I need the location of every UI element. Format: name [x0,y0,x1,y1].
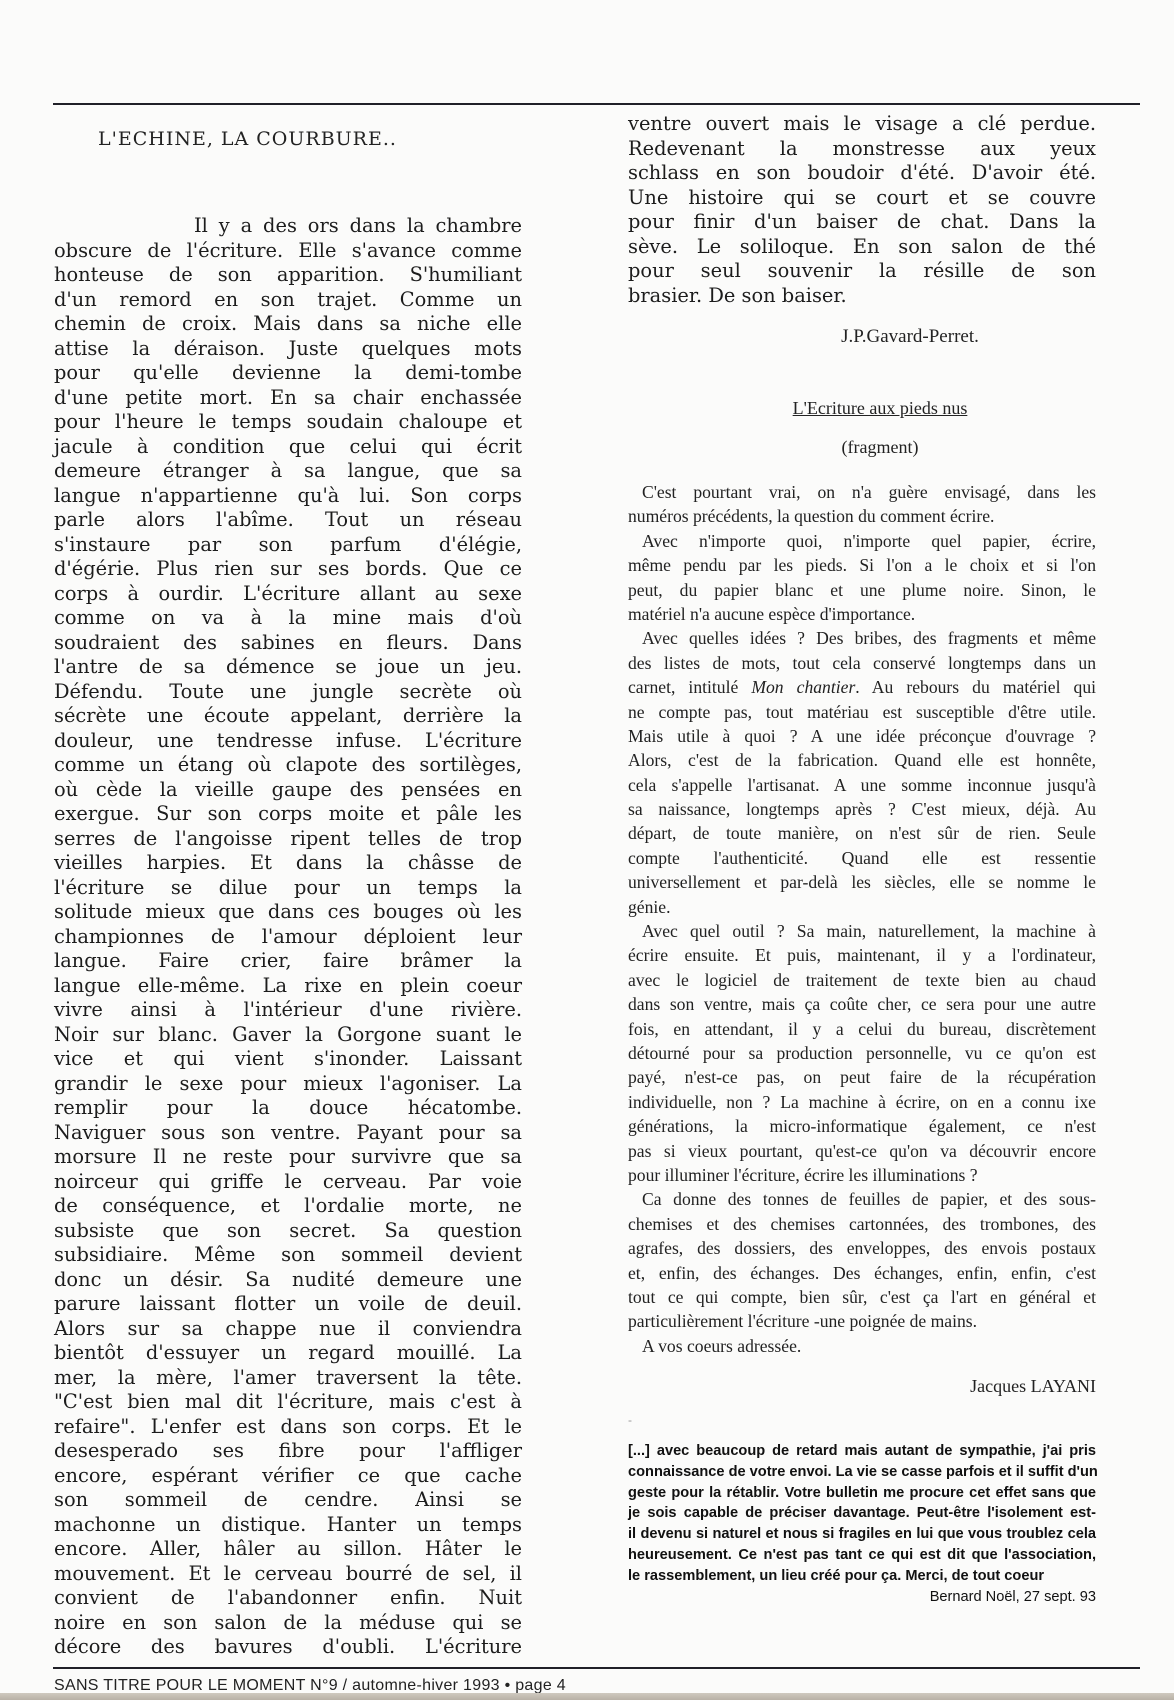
essay-line: particulièrement l'écriture -une poignée… [628,1309,1096,1333]
essay-line: ne compte pas, tout matériau est suscept… [628,700,1096,724]
poem-line: langue. Faire crier, faire brâmer la [54,949,522,974]
essay-line: individuelle, non ? La machine à écrire,… [628,1090,1096,1114]
poem-line: pour l'heure le temps soudain chaloupe e… [54,410,522,435]
poem-line: langue elle-même. La rixe en plein coeur [54,974,522,999]
essay-line: et, enfin, des échanges. Des échanges, e… [628,1261,1096,1285]
poem-line: refaire". L'enfer est dans son corps. Et… [54,1415,522,1440]
essay-line: numéros précédents, la question du comme… [628,504,1096,528]
essay-line: carnet, intitulé Mon chantier. Au rebour… [628,675,1096,699]
essay-line: dans son ventre, mais ça coûte cher, ce … [628,992,1096,1016]
poem-line: vivre ainsi à l'intérieur d'une rivière. [54,998,522,1023]
poem-line: Il y a des ors dans la chambre [54,214,522,239]
poem-line: encore, espérant vérifier ce que cache [54,1464,522,1489]
poem-line: d'égérie. Plus rien sur ses bords. Que c… [54,557,522,582]
essay-line: Mais utile à quoi ? A une idée préconçue… [628,724,1096,748]
poem-line: Redevenant la monstresse aux yeux [628,137,1096,162]
letter-line: il devenu si naturel et nous si fragiles… [628,1524,1096,1545]
separator-mark: - [628,1413,1096,1427]
letter-line: le rassemblement, un lieu créé pour ça. … [628,1566,1096,1587]
essay-signature: Jacques LAYANI [628,1376,1096,1397]
poem-line: où cède la vieille gaupe des pensées en [54,778,522,803]
poem-line: sève. Le soliloque. En son salon de thé [628,235,1096,260]
essay-line: Alors, c'est de la fabrication. Quand el… [628,748,1096,772]
essay-body: C'est pourtant vrai, on n'a guère envisa… [628,480,1096,1358]
poem-line: douleur, une tendresse infuse. L'écritur… [54,729,522,754]
poem-line: ventre ouvert mais le visage a clé perdu… [628,112,1096,137]
poem-line: honteuse de son apparition. S'humiliant [54,263,522,288]
poem-line: s'instaure par son parfum d'élégie, [54,533,522,558]
scan-edge [0,1693,1174,1700]
poem-line: demeure étranger à sa langue, que sa [54,459,522,484]
poem-line: langue n'appartienne qu'à lui. Son corps [54,484,522,509]
essay-line: fois, en attendant, il y a celui du bure… [628,1017,1096,1041]
poem-line: comme on va à la mine mais d'où [54,606,522,631]
poem-line: obscure de l'écriture. Elle s'avance com… [54,239,522,264]
poem-line: décore des bavures d'oubli. L'écriture [54,1635,522,1660]
poem-line: Alors sur sa chappe nue il conviendra [54,1317,522,1342]
letter-line: geste pour la rétablir. Votre bulletin m… [628,1483,1096,1504]
poem-line: mer, la mère, l'amer traversent la tête. [54,1366,522,1391]
essay-line: A vos coeurs adressée. [628,1334,1096,1358]
poem-line: noirceur qui griffe le cerveau. Par voie [54,1170,522,1195]
essay-line: écrire ensuite. Et puis, maintenant, il … [628,943,1096,967]
poem-line: solitude mieux que dans ces bouges où le… [54,900,522,925]
right-column: ventre ouvert mais le visage a clé perdu… [628,112,1096,1607]
poem-line: vice et qui vient s'inonder. Laissant [54,1047,522,1072]
poem-line: remplir pour la douce hécatombe. [54,1096,522,1121]
poem-line: noire en son salon de la méduse qui se [54,1611,522,1636]
poem-line: corps à ourdir. L'écriture allant au sex… [54,582,522,607]
poem-line: serres de l'angoisse ripent telles de tr… [54,827,522,852]
essay-title: L'Ecriture aux pieds nus [628,398,1096,419]
poem-line: championnes de l'amour déploient leur [54,925,522,950]
poem-line: grandir le sexe pour mieux l'agoniser. L… [54,1072,522,1097]
essay-line: pour illuminer l'écriture, écrire les il… [628,1163,1096,1187]
poem-line: pour seul souvenir la résille de son [628,259,1096,284]
poem-line: parure laissant flotter un voile de deui… [54,1292,522,1317]
poem-line: subsiste que son secret. Sa question [54,1219,522,1244]
essay-line: universellement et par-delà les siècles,… [628,870,1096,894]
poem-line: d'un remord en son trajet. Comme un [54,288,522,313]
poem-line: desesperado ses fibre pour l'affliger [54,1439,522,1464]
poem-line: attise la déraison. Juste quelques mots [54,337,522,362]
poem-line: Une histoire qui se court et se couvre [628,186,1096,211]
essay-line: avec le logiciel de traitement de texte … [628,968,1096,992]
essay-line: des listes de mots, tout cela conservé l… [628,651,1096,675]
essay-line: matériel n'a aucune espèce d'importance. [628,602,1096,626]
poem-line: pour finir d'un baiser de chat. Dans la [628,210,1096,235]
poem-line: "C'est bien mal dit l'écriture, mais c'e… [54,1390,522,1415]
left-column: L'ECHINE, LA COURBURE.. Il y a des ors d… [54,110,522,1660]
poem-line: morsure Il ne reste pour survivre que sa [54,1145,522,1170]
poem-line: son sommeil de cendre. Ainsi se [54,1488,522,1513]
poem-title: L'ECHINE, LA COURBURE.. [98,128,522,150]
essay-line: chemises et des chemises cartonnées, des… [628,1212,1096,1236]
poem-continuation: ventre ouvert mais le visage a clé perdu… [628,112,1096,308]
letter-line: je sois capable de préciser davantage. P… [628,1503,1096,1524]
poem-line: l'antre de sa démence se joue un jeu. [54,655,522,680]
poem-line: soudraient des sabines en fleurs. Dans [54,631,522,656]
essay-line: Avec quel outil ? Sa main, naturellement… [628,919,1096,943]
essay-line: peut, du papier blanc et une plume noire… [628,578,1096,602]
poem-line: convient de l'abandonner enfin. Nuit [54,1586,522,1611]
poem-line: chemin de croix. Mais dans sa niche elle [54,312,522,337]
letter-line: connaissance de votre envoi. La vie se c… [628,1462,1096,1483]
essay-line: cela s'appelle l'artisanat. A une somme … [628,773,1096,797]
poem-line: l'écriture se dilue pour un temps la [54,876,522,901]
essay-line: sa naissance, longtemps après ? C'est mi… [628,797,1096,821]
essay-line: Ca donne des tonnes de feuilles de papie… [628,1187,1096,1211]
essay-line: détourné pour sa production personnelle,… [628,1041,1096,1065]
poem-line: bientôt d'essuyer un regard mouillé. La [54,1341,522,1366]
letter-line: [...] avec beaucoup de retard mais autan… [628,1441,1096,1462]
essay-line: payé, n'est-ce pas, on peut faire de la … [628,1065,1096,1089]
poem-line: exergue. Sur son corps moite et pâle les [54,802,522,827]
essay-line: agrafes, des dossiers, des enveloppes, d… [628,1236,1096,1260]
essay-line: compte l'authenticité. Quand elle est re… [628,846,1096,870]
poem-body: Il y a des ors dans la chambreobscure de… [54,214,522,1660]
letter-excerpt: [...] avec beaucoup de retard mais autan… [628,1441,1096,1587]
top-rule [53,103,1140,105]
essay-subtitle: (fragment) [628,437,1096,458]
essay-line: Avec n'importe quoi, n'importe quel papi… [628,529,1096,553]
essay-line: tout ce qui compte, bien sûr, c'est ça l… [628,1285,1096,1309]
poem-line: brasier. De son baiser. [628,284,1096,309]
poem-signature: J.P.Gavard-Perret. [628,326,1096,348]
poem-line: d'une petite mort. En sa chair enchassée [54,386,522,411]
essay-line: génie. [628,895,1096,919]
bottom-rule [53,1667,1140,1669]
poem-line: de conséquence, et l'ordalie morte, ne [54,1194,522,1219]
poem-line: comme un étang où clapote des sortilèges… [54,753,522,778]
poem-line: parle alors l'abîme. Tout un réseau [54,508,522,533]
poem-line: sécrète une écoute appelant, derrière la [54,704,522,729]
essay-line: pas si vieux pourtant, qu'est-ce qu'on v… [628,1139,1096,1163]
essay-line: générations, la micro-informatique égale… [628,1114,1096,1138]
essay-line: départ, de toute manière, on n'est sûr d… [628,821,1096,845]
poem-line: subsidiaire. Même son sommeil devient [54,1243,522,1268]
notebook-title: Mon chantier [751,677,855,697]
poem-line: machonne un distique. Hanter un temps [54,1513,522,1538]
poem-line: Naviguer sous son ventre. Payant pour sa [54,1121,522,1146]
poem-line: Défendu. Toute une jungle secrète où [54,680,522,705]
essay-line: C'est pourtant vrai, on n'a guère envisa… [628,480,1096,504]
poem-line: vieilles harpies. Et dans la châsse de [54,851,522,876]
poem-line: mouvement. Et le cerveau bourré de sel, … [54,1562,522,1587]
poem-line: jacule à condition que celui qui écrit [54,435,522,460]
poem-line: pour qu'elle devienne la demi-tombe [54,361,522,386]
letter-signature: Bernard Noël, 27 sept. 93 [628,1587,1096,1607]
poem-line: encore. Aller, hâler au sillon. Hâter le [54,1537,522,1562]
poem-line: donc un désir. Sa nudité demeure une [54,1268,522,1293]
essay-line: Avec quelles idées ? Des bribes, des fra… [628,626,1096,650]
poem-line: Noir sur blanc. Gaver la Gorgone suant l… [54,1023,522,1048]
letter-line: heureusement. Ce n'est pas tant ce qui e… [628,1545,1096,1566]
poem-line: schlass en son boudoir d'été. D'avoir ét… [628,161,1096,186]
essay-line: même pendu par les pieds. Si l'on a le c… [628,553,1096,577]
